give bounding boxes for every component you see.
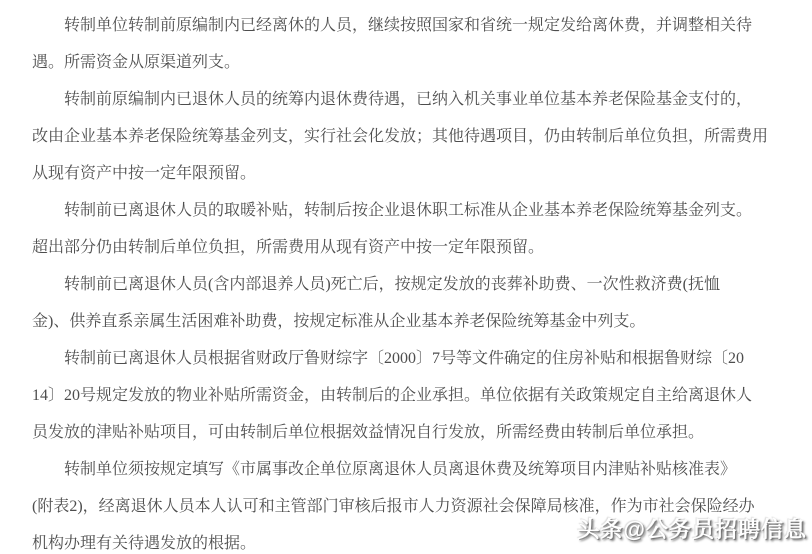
text-line: 转制前已离退休人员(含内部退养人员)死亡后，按规定发放的丧葬补助费、一次性救济费…	[32, 266, 812, 303]
text-line: 转制前已离退休人员的取暖补贴，转制后按企业退休职工标准从企业基本养老保险统筹基金…	[32, 192, 812, 229]
paragraph: 转制前已离退休人员(含内部退养人员)死亡后，按规定发放的丧葬补助费、一次性救济费…	[32, 266, 812, 340]
paragraph: 转制前原编制内已退休人员的统筹内退休费待遇，已纳入机关事业单位基本养老保险基金支…	[32, 81, 812, 192]
watermark: 头条@公务员招聘信息	[578, 513, 807, 544]
text-line: 转制单位须按规定填写《市属事改企单位原离退休人员离退休费及统筹项目内津贴补贴核准…	[32, 451, 812, 488]
text-line: 转制前原编制内已退休人员的统筹内退休费待遇，已纳入机关事业单位基本养老保险基金支…	[32, 81, 812, 118]
text-line: 改由企业基本养老保险统筹基金列支，实行社会化发放；其他待遇项目，仍由转制后单位负…	[32, 118, 812, 155]
document-body: 转制单位转制前原编制内已经离休的人员，继续按照国家和省统一规定发给离休费，并调整…	[32, 7, 812, 554]
text-line: 从现有资产中按一定年限预留。	[32, 155, 812, 192]
text-line: 转制前已离退休人员根据省财政厅鲁财综字〔2000〕7号等文件确定的住房补贴和根据…	[32, 340, 812, 377]
text-line: 14〕20号规定发放的物业补贴所需资金，由转制后的企业承担。单位依据有关政策规定…	[32, 377, 812, 414]
text-line: 金)、供养直系亲属生活困难补助费，按规定标准从企业基本养老保险统筹基金中列支。	[32, 303, 812, 340]
paragraph: 转制单位转制前原编制内已经离休的人员，继续按照国家和省统一规定发给离休费，并调整…	[32, 7, 812, 81]
text-line: 超出部分仍由转制后单位负担，所需费用从现有资产中按一定年限预留。	[32, 229, 812, 266]
text-line: 员发放的津贴补贴项目，可由转制后单位根据效益情况自行发放，所需经费由转制后单位承…	[32, 414, 812, 451]
text-line: 转制单位转制前原编制内已经离休的人员，继续按照国家和省统一规定发给离休费，并调整…	[32, 7, 812, 44]
paragraph: 转制前已离退休人员根据省财政厅鲁财综字〔2000〕7号等文件确定的住房补贴和根据…	[32, 340, 812, 451]
text-line: 遇。所需资金从原渠道列支。	[32, 44, 812, 81]
paragraph: 转制前已离退休人员的取暖补贴，转制后按企业退休职工标准从企业基本养老保险统筹基金…	[32, 192, 812, 266]
